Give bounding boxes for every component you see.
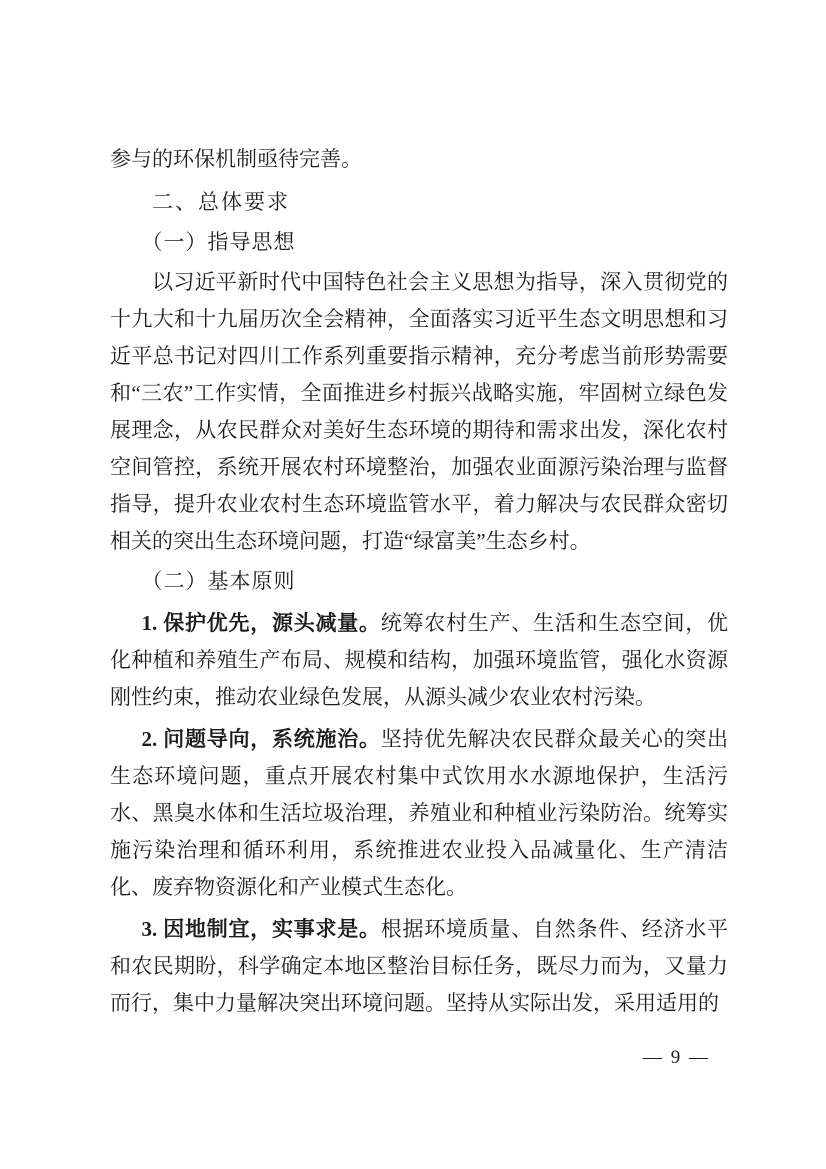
subsection-heading-basic-principles: （二）基本原则: [110, 563, 728, 600]
principle-1-lead: 1. 保护优先，源头减量。: [142, 611, 381, 635]
paragraph-continuation: 参与的环保机制亟待完善。: [110, 141, 728, 178]
principle-2-lead: 2. 问题导向，系统施治。: [142, 727, 381, 751]
document-page: 参与的环保机制亟待完善。 二、总体要求 （一）指导思想 以习近平新时代中国特色社…: [0, 0, 826, 1169]
principle-item-3: 3. 因地制宜，实事求是。根据环境质量、自然条件、经济水平和农民期盼，科学确定本…: [110, 911, 728, 1022]
principle-3-lead: 3. 因地制宜，实事求是。: [142, 917, 381, 941]
subsection-heading-guiding-ideology: （一）指导思想: [110, 224, 728, 261]
page-number: — 9 —: [643, 1042, 710, 1074]
principle-item-2: 2. 问题导向，系统施治。坚持优先解决农民群众最关心的突出生态环境问题，重点开展…: [110, 721, 728, 906]
principle-2-body: 坚持优先解决农民群众最关心的突出生态环境问题，重点开展农村集中式饮用水水源地保护…: [110, 727, 728, 899]
paragraph-guiding-ideology: 以习近平新时代中国特色社会主义思想为指导，深入贯彻党的十九大和十九届历次全会精神…: [110, 264, 728, 560]
principle-item-1: 1. 保护优先，源头减量。统筹农村生产、生活和生态空间，优化种植和养殖生产布局、…: [110, 605, 728, 716]
document-body: 参与的环保机制亟待完善。 二、总体要求 （一）指导思想 以习近平新时代中国特色社…: [110, 141, 728, 1022]
section-heading-overall-requirements: 二、总体要求: [110, 184, 728, 221]
